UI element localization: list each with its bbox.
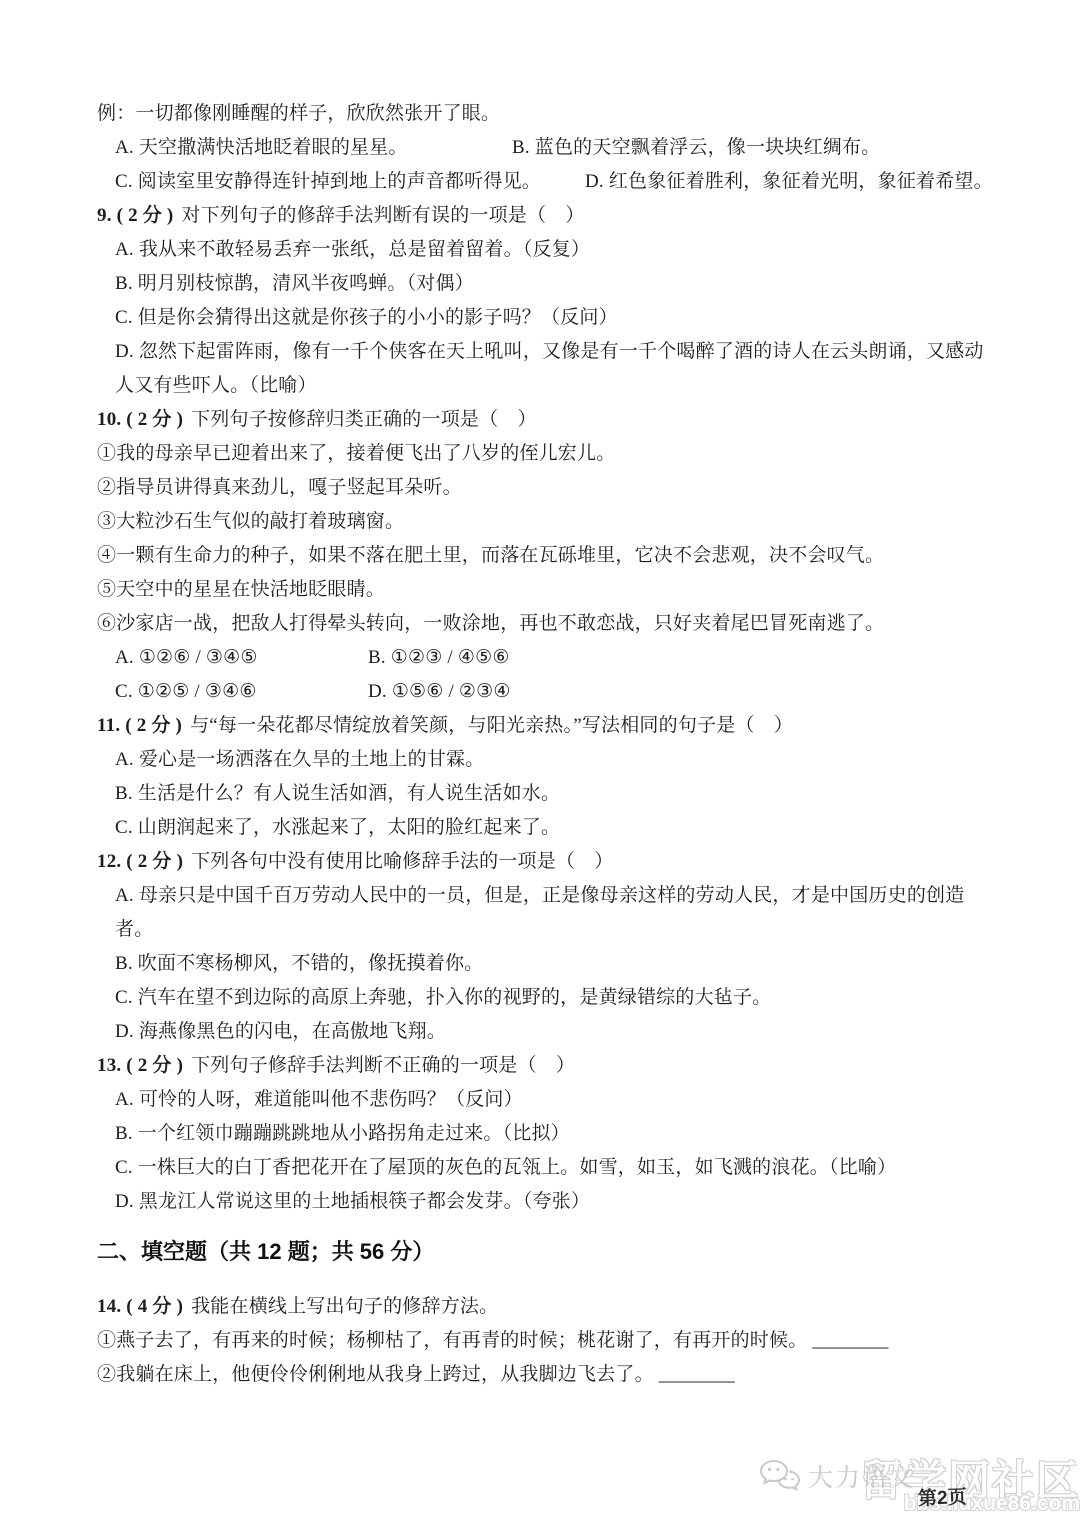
question-14-item-1-text: ①燕子去了，有再来的时候；杨柳枯了，有再青的时候；桃花谢了，有再开的时候。 <box>97 1330 807 1351</box>
question-9-option-c: C. 但是你会猜得出这就是你孩子的小小的影子吗？（反问） <box>97 307 1002 328</box>
question-14-blank-2: ________ <box>659 1364 735 1385</box>
question-12-option-b: B. 吹面不寒杨柳风，不错的，像抚摸着你。 <box>97 953 1002 974</box>
question-13-option-b: B. 一个红领巾蹦蹦跳跳地从小路拐角走过来。（比拟） <box>97 1123 1002 1144</box>
question-11-option-a: A. 爱心是一场洒落在久旱的土地上的甘霖。 <box>97 749 1002 770</box>
question-11-stem: 11. ( 2 分 )与“每一朵花都尽情绽放着笑颜，与阳光亲热。”写法相同的句子… <box>97 715 1002 736</box>
question-13-option-d: D. 黑龙江人常说这里的土地插根筷子都会发芽。（夸张） <box>97 1191 1002 1212</box>
question-13-option-c: C. 一株巨大的白丁香把花开在了屋顶的灰色的瓦瓴上。如雪，如玉，如飞溅的浪花。（… <box>97 1157 1002 1178</box>
question-9-stem: 9. ( 2 分 )对下列句子的修辞手法判断有误的一项是（ ） <box>97 205 1002 226</box>
section-2-title: 二、填空题（共 12 题；共 56 分） <box>97 1240 1002 1264</box>
question-10-item-1: ①我的母亲早已迎着出来了，接着便飞出了八岁的侄儿宏儿。 <box>97 443 1002 464</box>
question-14-text: 我能在横线上写出句子的修辞方法。 <box>191 1296 498 1317</box>
example-option-d: D. 红色象征着胜利，象征着光明，象征着希望。 <box>585 171 993 192</box>
question-14-blank-1: ________ <box>812 1330 888 1351</box>
question-14-item-2: ②我躺在床上，他便伶伶俐俐地从我身上跨过，从我脚边飞去了。 ________ <box>97 1364 1002 1385</box>
question-12-option-d: D. 海燕像黑色的闪电，在高傲地飞翔。 <box>97 1021 1002 1042</box>
question-13-stem: 13. ( 2 分 )下列句子修辞手法判断不正确的一项是（ ） <box>97 1055 1002 1076</box>
question-9-number: 9. ( 2 分 ) <box>97 205 173 226</box>
worksheet-page: 例：一切都像刚睡醒的样子，欣欣然张开了眼。 A. 天空撒满快活地眨着眼的星星。 … <box>97 103 1002 1398</box>
question-10-option-d: D. ①⑤⑥ / ②③④ <box>368 681 511 702</box>
question-9-option-d-line2: 人又有些吓人。（比喻） <box>97 375 1002 396</box>
question-12-option-c: C. 汽车在望不到边际的高原上奔驰，扑入你的视野的，是黄绿错综的大毡子。 <box>97 987 1002 1008</box>
question-14-number: 14. ( 4 分 ) <box>97 1296 183 1317</box>
question-11-number: 11. ( 2 分 ) <box>97 715 182 736</box>
question-14-item-2-text: ②我躺在床上，他便伶伶俐俐地从我身上跨过，从我脚边飞去了。 <box>97 1364 654 1385</box>
question-11-option-b: B. 生活是什么？有人说生活如酒，有人说生活如水。 <box>97 783 1002 804</box>
question-10-item-4: ④一颗有生命力的种子，如果不落在肥土里，而落在瓦砾堆里，它决不会悲观，决不会叹气… <box>97 545 1002 566</box>
question-9-text: 对下列句子的修辞手法判断有误的一项是（ ） <box>181 205 584 226</box>
question-14-item-1: ①燕子去了，有再来的时候；杨柳枯了，有再青的时候；桃花谢了，有再开的时候。 __… <box>97 1330 1002 1351</box>
question-10-item-3: ③大粒沙石生气似的敲打着玻璃窗。 <box>97 511 1002 532</box>
example-option-b: B. 蓝色的天空飘着浮云，像一块块红绸布。 <box>512 137 880 158</box>
question-10-options-row-1: A. ①②⑥ / ③④⑤ B. ①②③ / ④⑤⑥ <box>97 647 1002 668</box>
question-9-option-a: A. 我从来不敢轻易丢弃一张纸，总是留着留着。（反复） <box>97 239 1002 260</box>
brand-name: 大力语文 <box>808 1458 916 1494</box>
question-12-stem: 12. ( 2 分 )下列各句中没有使用比喻修辞手法的一项是（ ） <box>97 851 1002 872</box>
question-10-item-5: ⑤天空中的星星在快活地眨眼睛。 <box>97 579 1002 600</box>
question-12-option-a-line1: A. 母亲只是中国千百万劳动人民中的一员，但是，正是像母亲这样的劳动人民，才是中… <box>97 885 1002 906</box>
question-12-number: 12. ( 2 分 ) <box>97 851 183 872</box>
question-10-item-2: ②指导员讲得真来劲儿，嘎子竖起耳朵听。 <box>97 477 1002 498</box>
question-9-option-d-line1: D. 忽然下起雷阵雨，像有一千个侠客在天上吼叫，又像是有一千个喝醉了酒的诗人在云… <box>97 341 1002 362</box>
question-10-stem: 10. ( 2 分 )下列句子按修辞归类正确的一项是（ ） <box>97 409 1002 430</box>
question-13-number: 13. ( 2 分 ) <box>97 1055 183 1076</box>
question-14-stem: 14. ( 4 分 )我能在横线上写出句子的修辞方法。 <box>97 1296 1002 1317</box>
question-10-option-b: B. ①②③ / ④⑤⑥ <box>368 647 510 668</box>
question-10-option-a: A. ①②⑥ / ③④⑤ <box>115 647 368 668</box>
question-10-number: 10. ( 2 分 ) <box>97 409 183 430</box>
question-12-option-a-line2: 者。 <box>97 919 1002 940</box>
question-11-text: 与“每一朵花都尽情绽放着笑颜，与阳光亲热。”写法相同的句子是（ ） <box>190 715 793 736</box>
question-10-option-c: C. ①②⑤ / ③④⑥ <box>115 681 368 702</box>
question-9-option-b: B. 明月别枝惊鹊，清风半夜鸣蝉。（对偶） <box>97 273 1002 294</box>
question-11-option-c: C. 山朗润起来了，水涨起来了，太阳的脸红起来了。 <box>97 817 1002 838</box>
brand-footer: 大力语文 <box>758 1458 916 1494</box>
example-option-a: A. 天空撒满快活地眨着眼的星星。 <box>115 137 512 158</box>
page-number: 第2页 <box>918 1482 967 1511</box>
wechat-icon <box>758 1459 802 1493</box>
example-options-row-2: C. 阅读室里安静得连针掉到地上的声音都听得见。 D. 红色象征着胜利，象征着光… <box>97 171 1002 192</box>
question-13-option-a: A. 可怜的人呀，难道能叫他不悲伤吗？（反问） <box>97 1089 1002 1110</box>
footer-watermark-cluster: 留学网社区 bbs.liuxue86.com 大力语文 第2页 <box>740 1440 1080 1527</box>
question-13-text: 下列句子修辞手法判断不正确的一项是（ ） <box>191 1055 575 1076</box>
example-options-row-1: A. 天空撒满快活地眨着眼的星星。 B. 蓝色的天空飘着浮云，像一块块红绸布。 <box>97 137 1002 158</box>
question-12-text: 下列各句中没有使用比喻修辞手法的一项是（ ） <box>191 851 613 872</box>
question-10-text: 下列句子按修辞归类正确的一项是（ ） <box>191 409 537 430</box>
question-10-item-6: ⑥沙家店一战，把敌人打得晕头转向，一败涂地，再也不敢恋战，只好夹着尾巴冒死南逃了… <box>97 613 1002 634</box>
example-option-c: C. 阅读室里安静得连针掉到地上的声音都听得见。 <box>115 171 585 192</box>
example-intro: 例：一切都像刚睡醒的样子，欣欣然张开了眼。 <box>97 103 1002 124</box>
question-10-options-row-2: C. ①②⑤ / ③④⑥ D. ①⑤⑥ / ②③④ <box>97 681 1002 702</box>
